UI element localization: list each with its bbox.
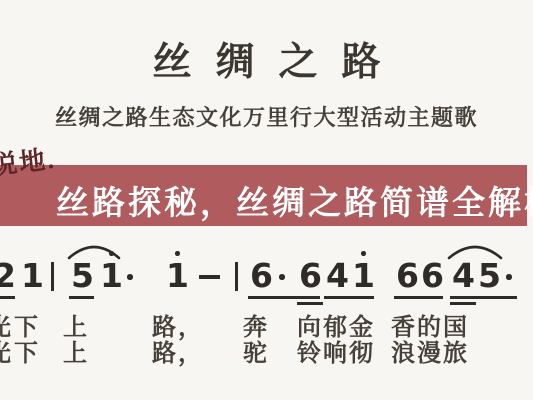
sheet-music-page: 丝绸之路 丝绸之路生态文化万里行大型活动主题歌 说地. 丝路探秘，丝绸之路简谱全… — [0, 0, 533, 400]
headline-text: 丝路探秘，丝绸之路简谱全解析 — [56, 168, 533, 224]
lyric-word: 路， — [152, 315, 204, 341]
lyric-word: 上 — [63, 315, 89, 341]
lyric-word: 铃响彻 — [297, 341, 375, 367]
lyric-word: 下 — [14, 341, 40, 367]
lyric-word: 香的国 — [391, 315, 469, 341]
lyric-word: 路， — [152, 341, 204, 367]
lyric-word: 向郁金 — [297, 315, 375, 341]
handwritten-fragment: 说地. — [0, 139, 57, 183]
lyric-word: 光 — [0, 315, 13, 341]
lyric-word: 上 — [63, 341, 89, 367]
lyric-word: 奔 — [243, 315, 269, 341]
slur-arc — [69, 247, 119, 258]
headline-banner: 丝路探秘，丝绸之路简谱全解析 — [0, 165, 527, 226]
lyric-word: 下 — [14, 315, 40, 341]
slur-arc — [449, 247, 501, 258]
lyric-word: 驼 — [243, 341, 269, 367]
slur-arcs — [0, 237, 533, 263]
lyric-word: 浪漫旅 — [391, 341, 469, 367]
lyric-word: 光 — [0, 341, 13, 367]
